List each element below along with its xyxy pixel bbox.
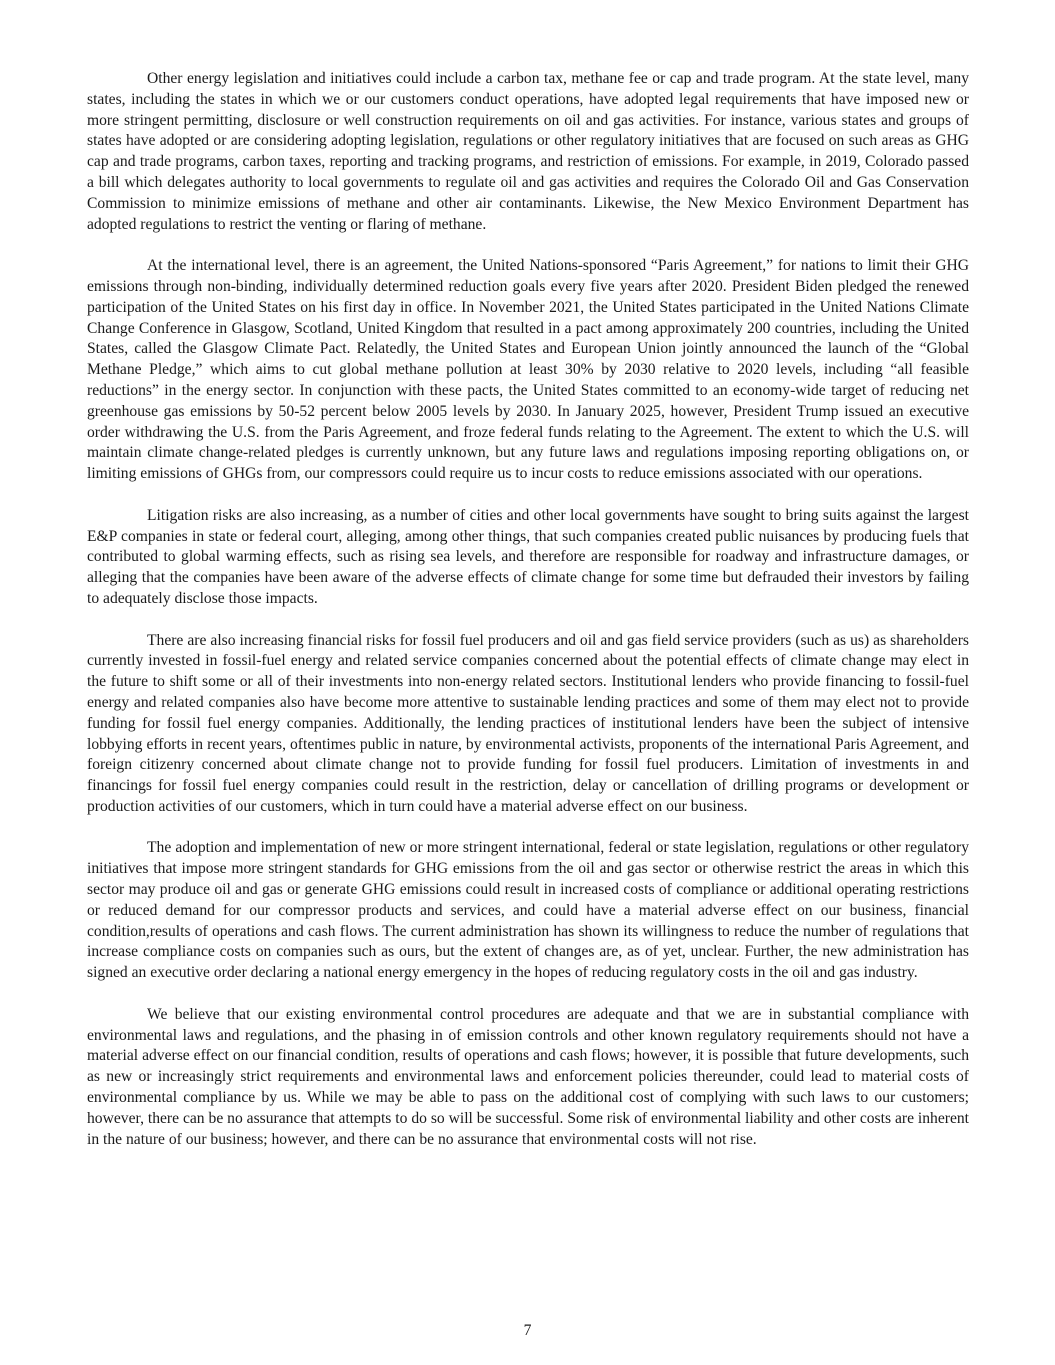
paragraph-regulatory-impact: The adoption and implementation of new o… xyxy=(87,838,969,984)
paragraph-financial-risks: There are also increasing financial risk… xyxy=(87,631,969,818)
paragraph-litigation-risks: Litigation risks are also increasing, as… xyxy=(87,506,969,610)
paragraph-environmental-compliance: We believe that our existing environment… xyxy=(87,1005,969,1151)
document-body: Other energy legislation and initiatives… xyxy=(87,69,969,1171)
paragraph-state-legislation: Other energy legislation and initiatives… xyxy=(87,69,969,235)
page-number: 7 xyxy=(0,1322,1055,1340)
paragraph-international-agreements: At the international level, there is an … xyxy=(87,256,969,485)
